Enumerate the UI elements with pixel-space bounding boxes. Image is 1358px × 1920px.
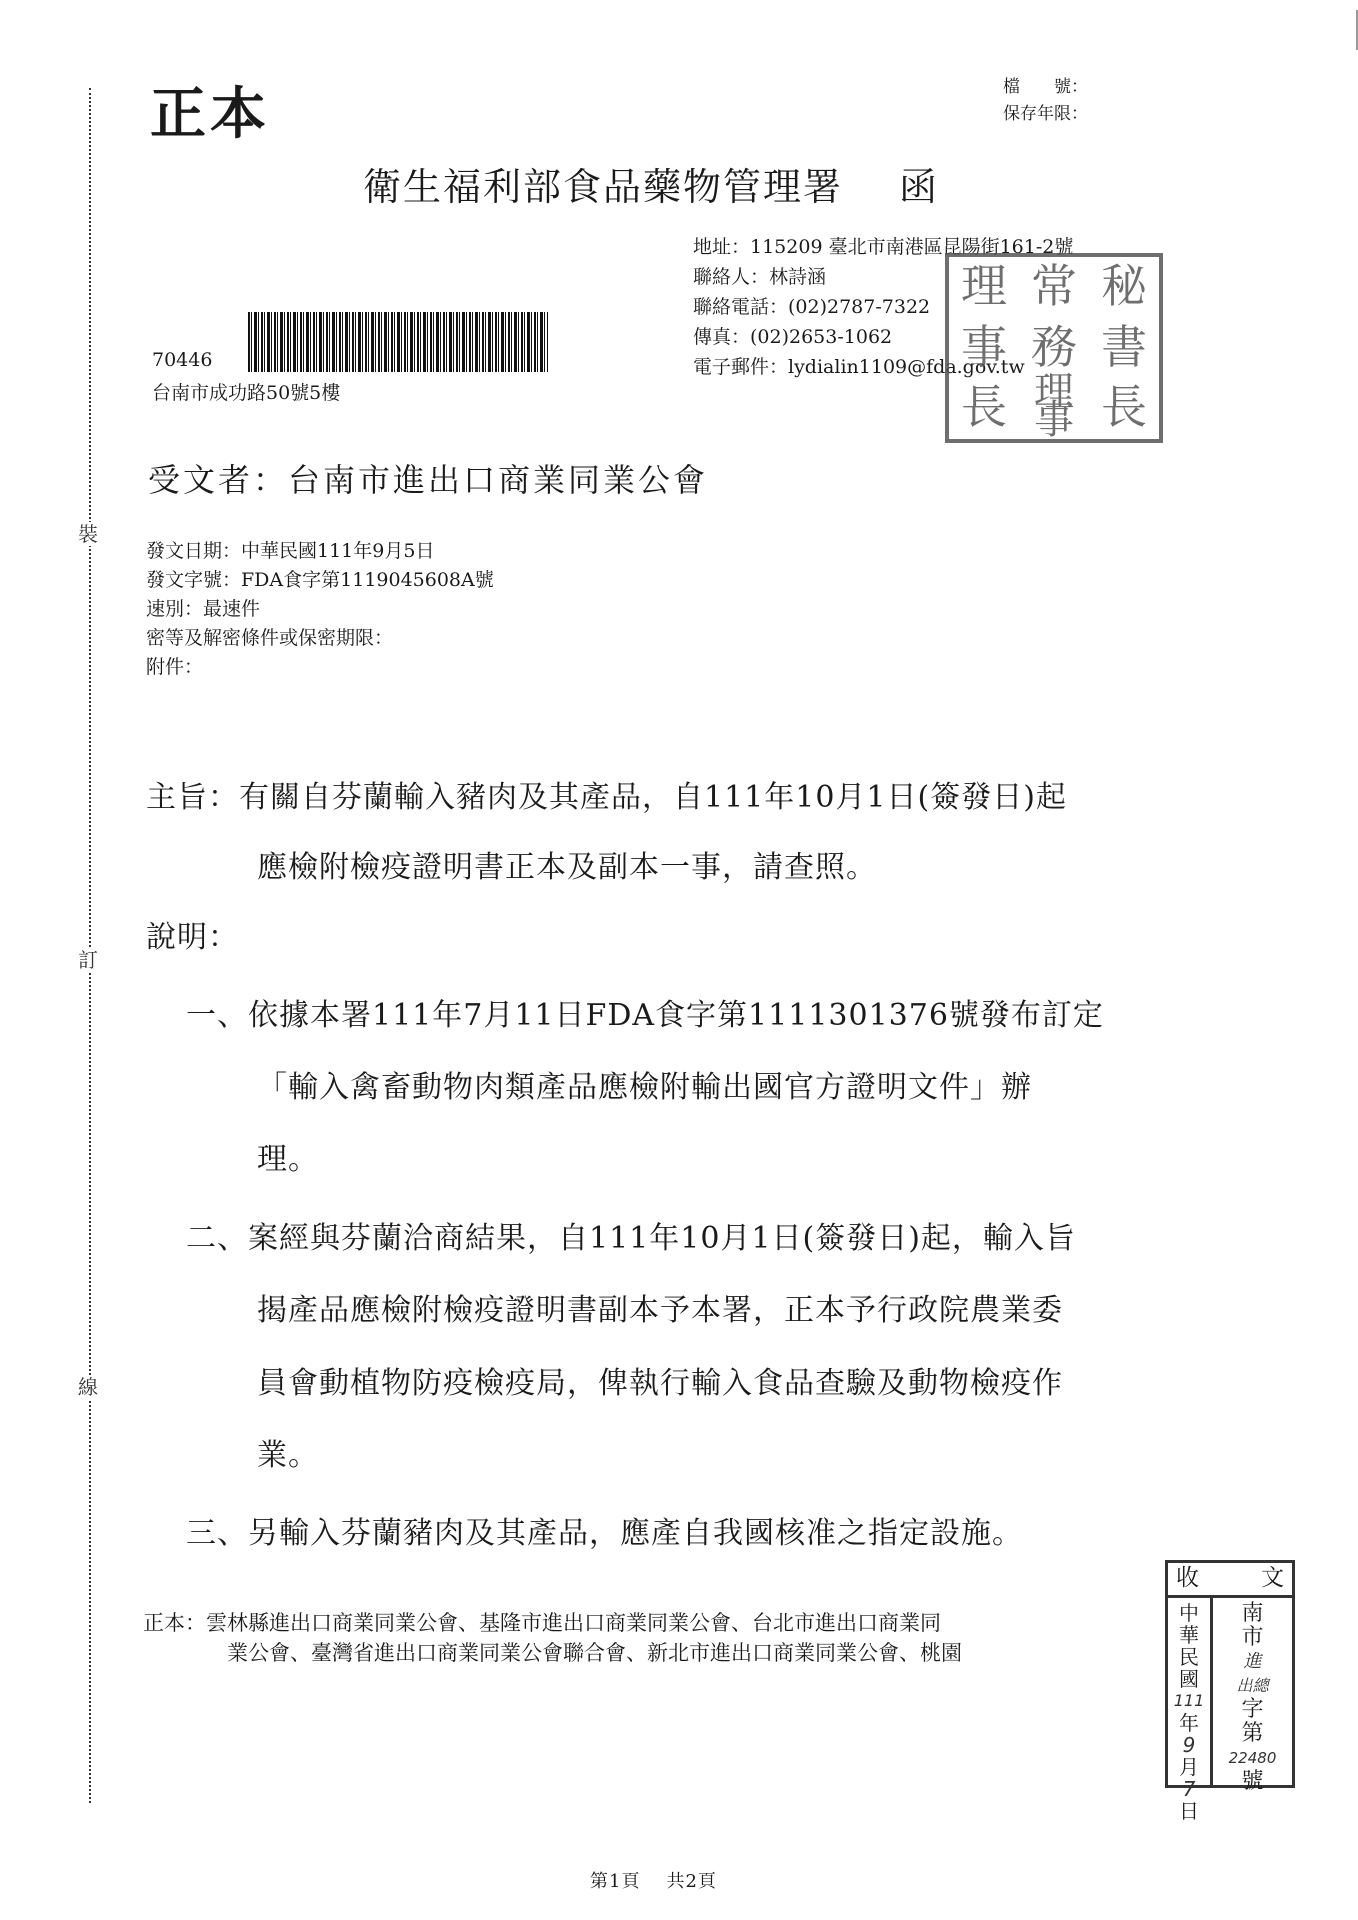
explanation-item-1-line-1: 一、依據本署111年7月11日FDA食字第1111301376號發布訂定 (186, 990, 1104, 1034)
stamp-char: 理事 (1019, 378, 1089, 439)
copy-mark: 正本 (150, 70, 270, 150)
explanation-item-2-line-4: 業。 (257, 1430, 319, 1474)
barcode (248, 312, 548, 372)
receipt-number-char: 進 (1244, 1650, 1262, 1674)
explanation-heading: 說明： (146, 912, 239, 956)
receipt-number-char: 南 (1241, 1602, 1263, 1626)
agency-title: 衛生福利部食品藥物管理署函 (363, 156, 939, 211)
receipt-stamp: 收 文 中 華 民 國 111 年 9 月 7 日 南 市 進 出總 字 第 2… (1165, 1560, 1295, 1788)
file-meta: 檔 號： 保存年限： (1003, 74, 1088, 128)
stamp-char: 秘 (1089, 257, 1159, 318)
receipt-number-value: 22480 (1229, 1746, 1277, 1770)
receipt-number-char: 第 (1241, 1722, 1263, 1746)
retention-label: 保存年限： (1003, 101, 1088, 128)
subject-line-1: 主旨：有關自芬蘭輸入豬肉及其產品，自111年10月1日(簽發日)起 (146, 772, 1067, 816)
stamp-char: 長 (1089, 378, 1159, 439)
stamp-char: 事 (949, 318, 1019, 379)
receipt-number-char: 號 (1241, 1770, 1263, 1794)
explanation-item-1-line-2: 「輸入禽畜動物肉類產品應檢附輸出國官方證明文件」辦 (257, 1062, 1032, 1106)
receipt-date-char: 中 (1179, 1602, 1199, 1624)
receipt-stamp-header: 收 文 (1168, 1563, 1292, 1598)
document-meta: 發文日期：中華民國111年9月5日 發文字號：FDA食字第1119045608A… (146, 537, 494, 682)
issue-date: 發文日期：中華民國111年9月5日 (146, 537, 494, 566)
page-total: 共2頁 (666, 1871, 716, 1892)
doc-type: 函 (899, 165, 939, 209)
receipt-date-char: 月 (1179, 1756, 1199, 1778)
receipt-date-char: 華 (1179, 1624, 1199, 1646)
stamp-char: 書 (1089, 318, 1159, 379)
postal-code: 70446 (152, 349, 212, 371)
attachments: 附件： (146, 653, 494, 682)
explanation-item-1-line-3: 理。 (257, 1134, 319, 1178)
stamp-char: 理 (949, 257, 1019, 318)
receipt-header-left: 收 (1176, 1563, 1199, 1595)
doc-number: 發文字號：FDA食字第1119045608A號 (146, 566, 494, 595)
receipt-date-day: 7 (1183, 1778, 1196, 1800)
carbon-copy-list: 正本：雲林縣進出口商業同業公會、基隆市進出口商業同業公會、台北市進出口商業同 業… (143, 1608, 962, 1668)
receipt-date: 中 華 民 國 111 年 9 月 7 日 (1168, 1598, 1213, 1785)
page-current: 第1頁 (590, 1871, 640, 1892)
agency-name: 衛生福利部食品藥物管理署 (363, 165, 843, 209)
receipt-date-month: 9 (1183, 1734, 1196, 1756)
file-number-label: 檔 號： (1003, 74, 1088, 101)
page-number: 第1頁共2頁 (590, 1867, 717, 1893)
carbon-copy-line-1: 正本：雲林縣進出口商業同業公會、基隆市進出口商業同業公會、台北市進出口商業同 (143, 1608, 962, 1638)
receipt-date-char: 日 (1179, 1800, 1199, 1822)
receipt-date-char: 年 (1179, 1712, 1199, 1734)
receipt-date-char: 國 (1179, 1668, 1199, 1690)
confidentiality: 密等及解密條件或保密期限： (146, 624, 494, 653)
recipient-address: 台南市成功路50號5樓 (152, 378, 340, 405)
receipt-header-right: 文 (1261, 1563, 1284, 1595)
official-seal-stamp: 理 常 秘 事 務 書 長 理事 長 (945, 253, 1163, 443)
speed-level: 速別：最速件 (146, 595, 494, 624)
binding-mark-zhuang: 裝 (78, 522, 98, 546)
receipt-number-char: 字 (1241, 1698, 1263, 1722)
explanation-item-2-line-3: 員會動植物防疫檢疫局，俾執行輸入食品查驗及動物檢疫作 (257, 1358, 1063, 1402)
stamp-char: 常 (1019, 257, 1089, 318)
binding-mark-xian: 線 (78, 1375, 98, 1399)
receipt-number-char: 出總 (1236, 1674, 1268, 1698)
explanation-item-2-line-2: 揭產品應檢附檢疫證明書副本予本署，正本予行政院農業委 (257, 1285, 1063, 1329)
explanation-item-2-line-1: 二、案經與芬蘭洽商結果，自111年10月1日(簽發日)起，輸入旨 (186, 1213, 1076, 1257)
binding-line (89, 88, 91, 1803)
stamp-char: 長 (949, 378, 1019, 439)
recipient: 受文者：台南市進出口商業同業公會 (148, 455, 708, 501)
receipt-date-year: 111 (1174, 1690, 1205, 1712)
receipt-number: 南 市 進 出總 字 第 22480 號 (1213, 1598, 1292, 1785)
receipt-number-char: 市 (1241, 1626, 1263, 1650)
carbon-copy-line-2: 業公會、臺灣省進出口商業同業公會聯合會、新北市進出口商業同業公會、桃園 (143, 1638, 962, 1668)
explanation-item-3-line-1: 三、另輸入芬蘭豬肉及其產品，應產自我國核准之指定設施。 (186, 1508, 1023, 1552)
binding-mark-ding: 訂 (78, 948, 98, 972)
receipt-date-char: 民 (1179, 1646, 1199, 1668)
subject-line-2: 應檢附檢疫證明書正本及副本一事，請查照。 (257, 842, 877, 886)
